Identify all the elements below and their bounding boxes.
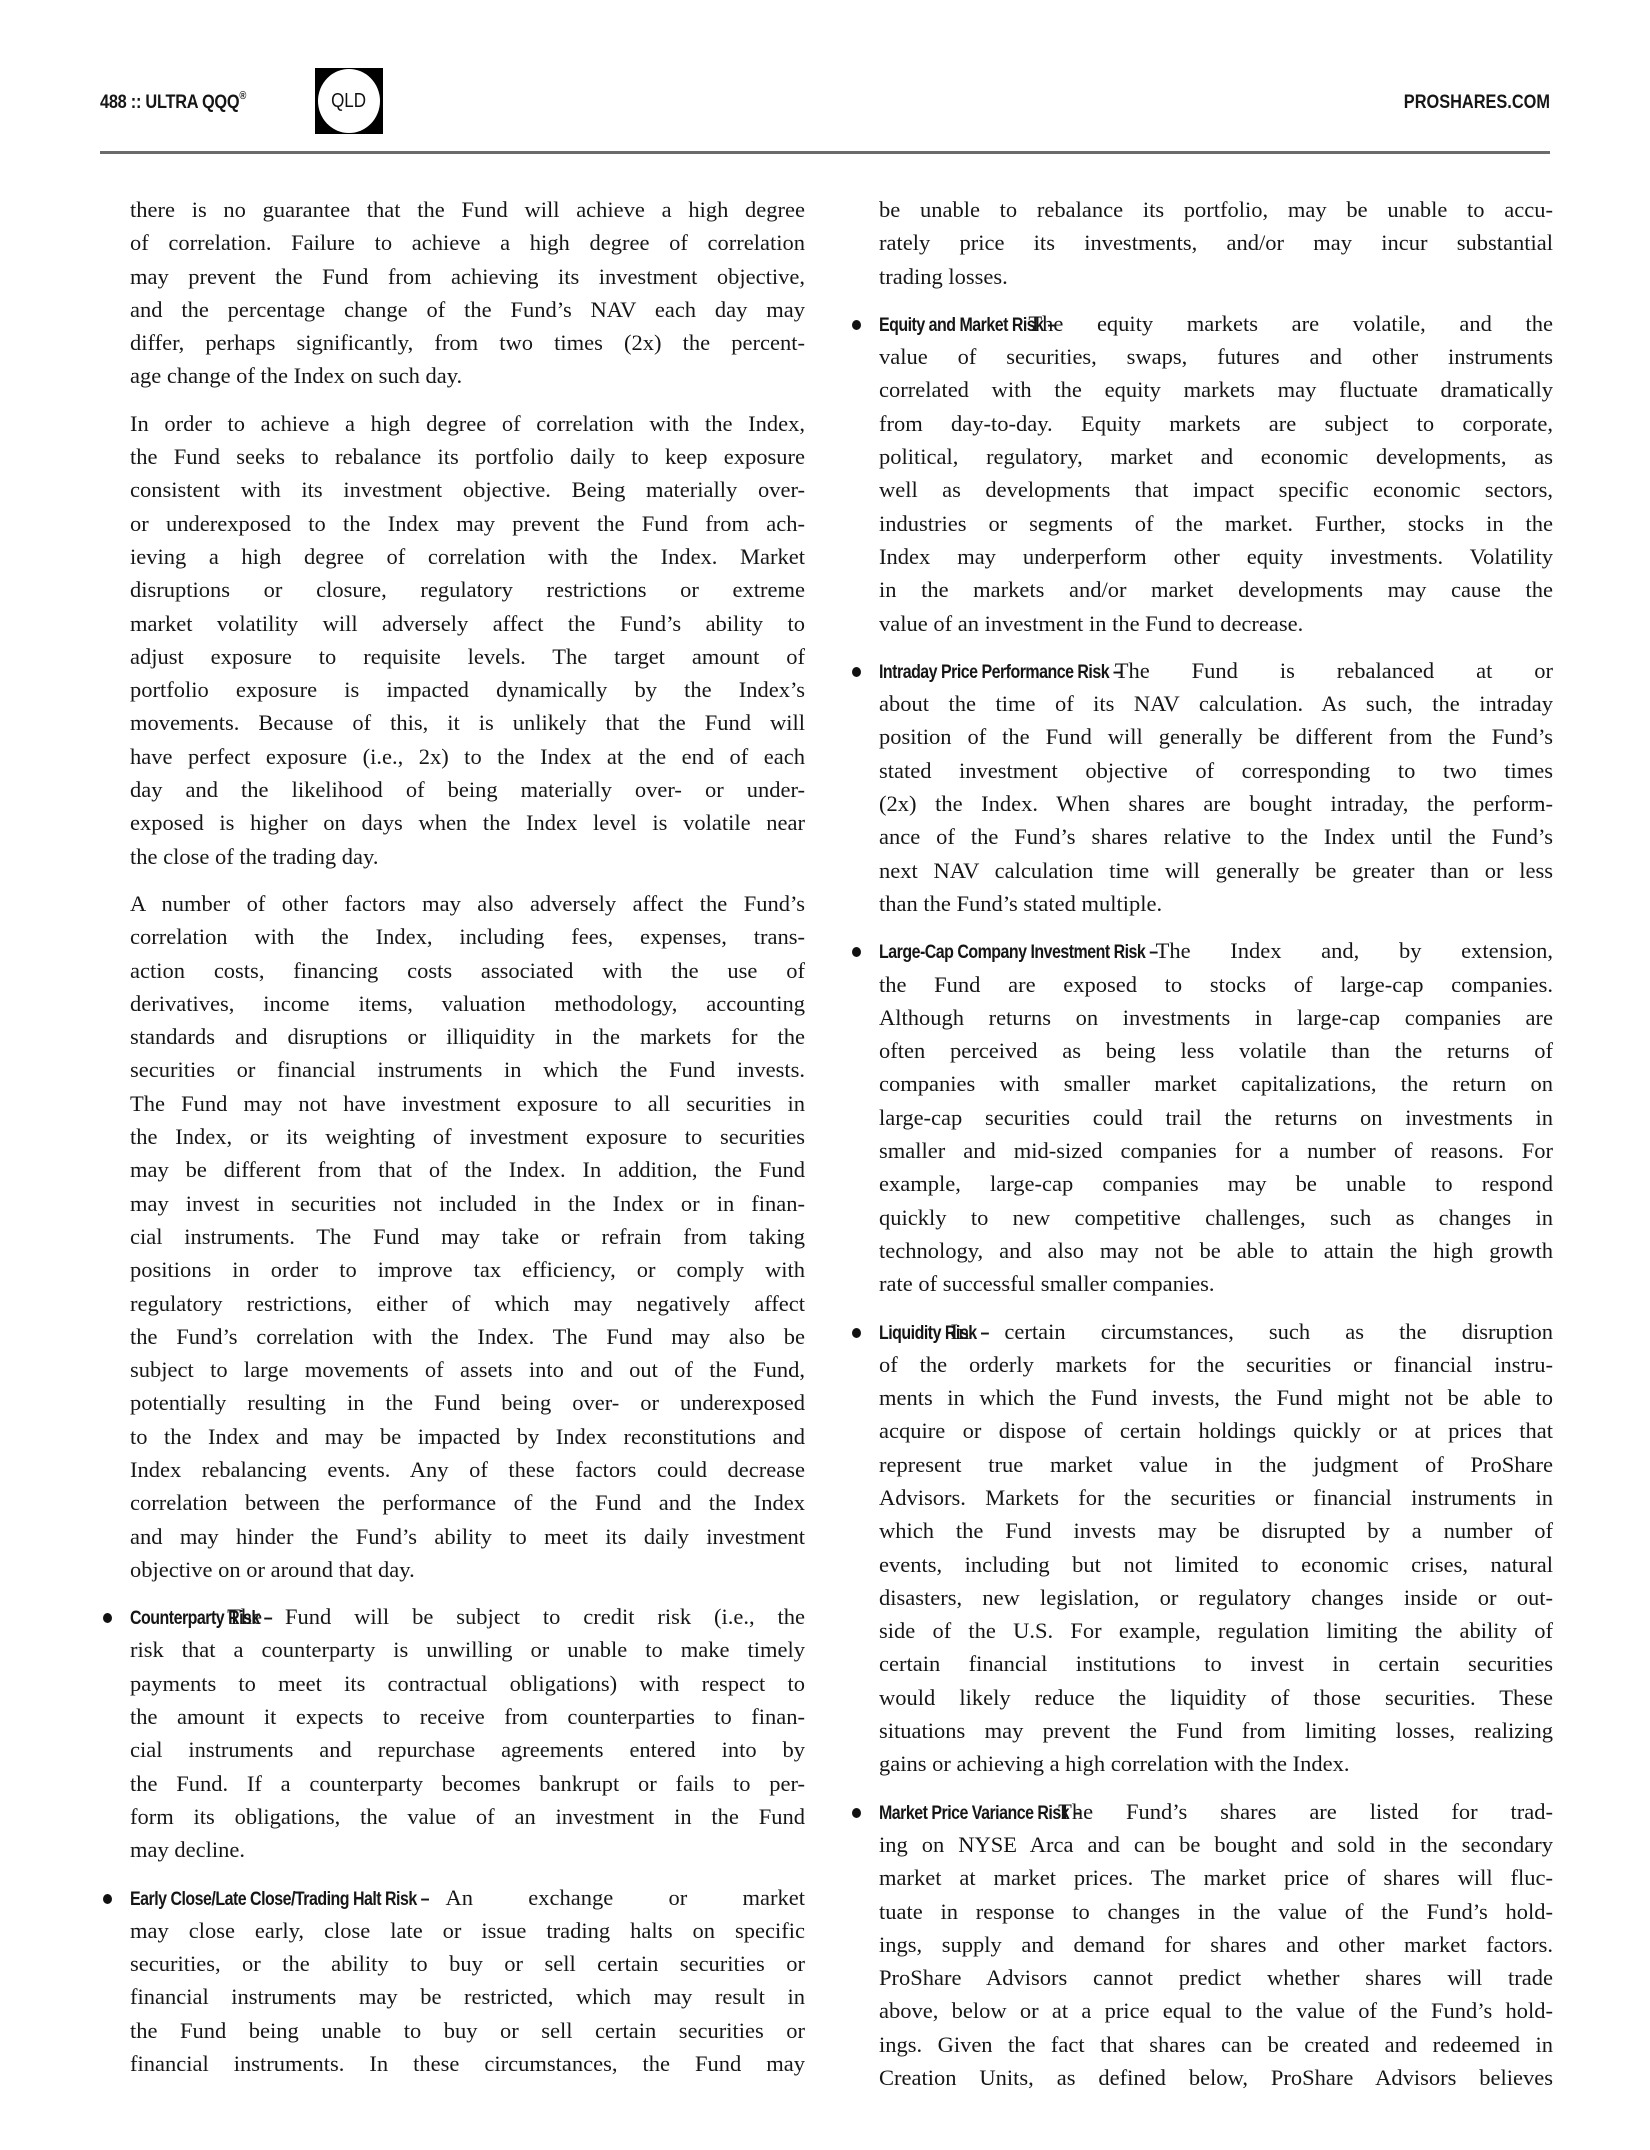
line-text: may invest in securities not included in…: [130, 1191, 805, 1216]
line-text: which the Fund invests may be disrupted …: [879, 1518, 1553, 1543]
text-line: cial instruments and repurchase agreemen…: [130, 1733, 805, 1766]
line-text: rate of successful smaller companies.: [879, 1271, 1215, 1296]
line-text: The Index and, by extension,: [1116, 938, 1553, 963]
line-text: (2x) the Index. When shares are bought i…: [879, 791, 1553, 816]
text-line: derivatives, income items, valuation met…: [130, 987, 805, 1020]
text-line: Market Price Variance Risk – The Fund’s …: [879, 1795, 1553, 1828]
risk-title: Counterparty Risk –: [130, 1602, 272, 1635]
line-text: the Index, or its weighting of investmen…: [130, 1124, 805, 1149]
text-line: differ, perhaps significantly, from two …: [130, 326, 805, 359]
text-line: Intraday Price Performance Risk – The Fu…: [879, 654, 1553, 687]
text-line: positions in order to improve tax effici…: [130, 1253, 805, 1286]
line-text: disasters, new legislation, or regulator…: [879, 1585, 1553, 1610]
line-text: In certain circumstances, such as the di…: [915, 1319, 1553, 1344]
text-line: market at market prices. The market pric…: [879, 1861, 1553, 1894]
left-column: there is no guarantee that the Fund will…: [130, 193, 805, 2094]
text-line: Equity and Market Risk – The equity mark…: [879, 307, 1553, 340]
line-text: industries or segments of the market. Fu…: [879, 511, 1553, 536]
text-line: potentially resulting in the Fund being …: [130, 1386, 805, 1419]
line-text: standards and disruptions or illiquidity…: [130, 1024, 805, 1049]
body-paragraph: A number of other factors may also adver…: [130, 887, 805, 1586]
page-header: 488 :: ULTRA QQQ® QLD PROSHARES.COM: [100, 66, 1550, 138]
text-line: the amount it expects to receive from co…: [130, 1700, 805, 1733]
text-line: tuate in response to changes in the valu…: [879, 1895, 1553, 1928]
line-text: rately price its investments, and/or may…: [879, 230, 1553, 255]
text-line: from day-to-day. Equity markets are subj…: [879, 407, 1553, 440]
text-line: smaller and mid-sized companies for a nu…: [879, 1134, 1553, 1167]
text-line: action costs, financing costs associated…: [130, 954, 805, 987]
text-line: exposed is higher on days when the Index…: [130, 806, 805, 839]
text-line: acquire or dispose of certain holdings q…: [879, 1414, 1553, 1447]
text-line: well as developments that impact specifi…: [879, 473, 1553, 506]
text-line: portfolio exposure is impacted dynamical…: [130, 673, 805, 706]
text-line: payments to meet its contractual obligat…: [130, 1667, 805, 1700]
text-line: example, large-cap companies may be unab…: [879, 1167, 1553, 1200]
line-text: the Fund seeks to rebalance its portfoli…: [130, 444, 805, 469]
line-text: exposed is higher on days when the Index…: [130, 810, 805, 835]
bullet-icon: [103, 1613, 112, 1623]
text-line: subject to large movements of assets int…: [130, 1353, 805, 1386]
line-text: the Fund. If a counterparty becomes bank…: [130, 1771, 805, 1796]
line-text: or underexposed to the Index may prevent…: [130, 511, 805, 536]
text-line: represent true market value in the judgm…: [879, 1448, 1553, 1481]
page-number-and-fund-title: 488 :: ULTRA QQQ®: [100, 92, 246, 114]
line-text: stated investment objective of correspon…: [879, 758, 1553, 783]
text-line: situations may prevent the Fund from lim…: [879, 1714, 1553, 1747]
line-text: The Fund is rebalanced at or: [1073, 658, 1553, 683]
ticker-badge: QLD: [315, 68, 383, 134]
text-line: next NAV calculation time will generally…: [879, 854, 1553, 887]
text-line: Index rebalancing events. Any of these f…: [130, 1453, 805, 1486]
line-text: the Fund being unable to buy or sell cer…: [130, 2018, 805, 2043]
bullet-icon: [103, 1894, 112, 1904]
line-text: Creation Units, as defined below, ProSha…: [879, 2065, 1553, 2090]
line-text: Although returns on investments in large…: [879, 1005, 1553, 1030]
text-line: events, including but not limited to eco…: [879, 1548, 1553, 1581]
registered-mark: ®: [239, 90, 246, 102]
text-line: securities, or the ability to buy or sel…: [130, 1947, 805, 1980]
text-line: ProShare Advisors cannot predict whether…: [879, 1961, 1553, 1994]
text-line: there is no guarantee that the Fund will…: [130, 193, 805, 226]
line-text: above, below or at a price equal to the …: [879, 1998, 1553, 2023]
risk-title: Large-Cap Company Investment Risk –: [879, 936, 1158, 969]
line-text: Advisors. Markets for the securities or …: [879, 1485, 1553, 1510]
text-line: securities or financial instruments in w…: [130, 1053, 805, 1086]
line-text: subject to large movements of assets int…: [130, 1357, 805, 1382]
line-text: side of the U.S. For example, regulation…: [879, 1618, 1553, 1643]
line-text: market volatility will adversely affect …: [130, 611, 805, 636]
bullet-item: Counterparty Risk – The Fund will be sub…: [130, 1600, 805, 1866]
text-line: value of an investment in the Fund to de…: [879, 607, 1553, 640]
text-line: political, regulatory, market and econom…: [879, 440, 1553, 473]
text-line: large-cap securities could trail the ret…: [879, 1101, 1553, 1134]
text-line: industries or segments of the market. Fu…: [879, 507, 1553, 540]
text-line: would likely reduce the liquidity of tho…: [879, 1681, 1553, 1714]
text-line: Creation Units, as defined below, ProSha…: [879, 2061, 1553, 2094]
bullet-item: Large-Cap Company Investment Risk – The …: [879, 934, 1553, 1300]
text-line: risk that a counterparty is unwilling or…: [130, 1633, 805, 1666]
line-text: the Fund are exposed to stocks of large-…: [879, 972, 1553, 997]
text-line: trading losses.: [879, 260, 1553, 293]
line-text: The Fund will be subject to credit risk …: [205, 1604, 805, 1629]
risk-title: Equity and Market Risk –: [879, 309, 1056, 342]
line-text: certain financial institutions to invest…: [879, 1651, 1553, 1676]
line-text: financial instruments may be restricted,…: [130, 1984, 805, 2009]
line-text: of correlation. Failure to achieve a hig…: [130, 230, 805, 255]
text-line: and may hinder the Fund’s ability to mee…: [130, 1520, 805, 1553]
text-line: to the Index and may be impacted by Inde…: [130, 1420, 805, 1453]
text-line: ing on NYSE Arca and can be bought and s…: [879, 1828, 1553, 1861]
line-text: securities or financial instruments in w…: [130, 1057, 805, 1082]
line-text: have perfect exposure (i.e., 2x) to the …: [130, 744, 805, 769]
text-line: above, below or at a price equal to the …: [879, 1994, 1553, 2027]
text-line: Although returns on investments in large…: [879, 1001, 1553, 1034]
line-text: tuate in response to changes in the valu…: [879, 1899, 1553, 1924]
line-text: The Fund may not have investment exposur…: [130, 1091, 805, 1116]
text-line: the Fund’s correlation with the Index. T…: [130, 1320, 805, 1353]
line-text: potentially resulting in the Fund being …: [130, 1390, 805, 1415]
line-text: example, large-cap companies may be unab…: [879, 1171, 1553, 1196]
line-text: cial instruments and repurchase agreemen…: [130, 1737, 805, 1762]
text-line: correlated with the equity markets may f…: [879, 373, 1553, 406]
line-text: and may hinder the Fund’s ability to mee…: [130, 1524, 805, 1549]
line-text: be unable to rebalance its portfolio, ma…: [879, 197, 1553, 222]
line-text: ments in which the Fund invests, the Fun…: [879, 1385, 1553, 1410]
line-text: represent true market value in the judgm…: [879, 1452, 1553, 1477]
body-paragraph: be unable to rebalance its portfolio, ma…: [879, 193, 1553, 293]
line-text: trading losses.: [879, 264, 1008, 289]
text-line: financial instruments may be restricted,…: [130, 1980, 805, 2013]
text-line: side of the U.S. For example, regulation…: [879, 1614, 1553, 1647]
text-line: which the Fund invests may be disrupted …: [879, 1514, 1553, 1547]
text-line: regulatory restrictions, either of which…: [130, 1287, 805, 1320]
line-text: day and the likelihood of being material…: [130, 777, 805, 802]
line-text: In order to achieve a high degree of cor…: [130, 411, 805, 436]
text-line: financial instruments. In these circumst…: [130, 2047, 805, 2080]
text-line: the Fund seeks to rebalance its portfoli…: [130, 440, 805, 473]
line-text: position of the Fund will generally be d…: [879, 724, 1553, 749]
bullet-icon: [852, 1808, 861, 1818]
line-text: Index may underperform other equity inve…: [879, 544, 1553, 569]
line-text: A number of other factors may also adver…: [130, 891, 805, 916]
text-line: may be different from that of the Index.…: [130, 1153, 805, 1186]
bullet-item: Early Close/Late Close/Trading Halt Risk…: [130, 1881, 805, 2081]
line-text: technology, and also may not be able to …: [879, 1238, 1553, 1263]
line-text: correlated with the equity markets may f…: [879, 377, 1553, 402]
text-line: may decline.: [130, 1833, 805, 1866]
line-text: form its obligations, the value of an in…: [130, 1804, 805, 1829]
line-text: than the Fund’s stated multiple.: [879, 891, 1162, 916]
line-text: would likely reduce the liquidity of tho…: [879, 1685, 1553, 1710]
text-line: Early Close/Late Close/Trading Halt Risk…: [130, 1881, 805, 1914]
line-text: correlation between the performance of t…: [130, 1490, 805, 1515]
text-line: In order to achieve a high degree of cor…: [130, 407, 805, 440]
line-text: The equity markets are volatile, and the: [995, 311, 1553, 336]
line-text: smaller and mid-sized companies for a nu…: [879, 1138, 1553, 1163]
line-text: cial instruments. The Fund may take or r…: [130, 1224, 805, 1249]
text-line: gains or achieving a high correlation wi…: [879, 1747, 1553, 1780]
text-line: technology, and also may not be able to …: [879, 1234, 1553, 1267]
text-line: and the percentage change of the Fund’s …: [130, 293, 805, 326]
text-line: rate of successful smaller companies.: [879, 1267, 1553, 1300]
text-line: Large-Cap Company Investment Risk – The …: [879, 934, 1553, 967]
body-paragraph: In order to achieve a high degree of cor…: [130, 407, 805, 873]
text-line: disruptions or closure, regulatory restr…: [130, 573, 805, 606]
line-text: value of securities, swaps, futures and …: [879, 344, 1553, 369]
line-text: An exchange or market: [392, 1885, 806, 1910]
text-line: standards and disruptions or illiquidity…: [130, 1020, 805, 1053]
text-line: may close early, close late or issue tra…: [130, 1914, 805, 1947]
text-line: of correlation. Failure to achieve a hig…: [130, 226, 805, 259]
bullet-item: Equity and Market Risk – The equity mark…: [879, 307, 1553, 640]
line-text: derivatives, income items, valuation met…: [130, 991, 805, 1016]
line-text: well as developments that impact specifi…: [879, 477, 1553, 502]
text-line: be unable to rebalance its portfolio, ma…: [879, 193, 1553, 226]
line-text: and the percentage change of the Fund’s …: [130, 297, 805, 322]
line-text: acquire or dispose of certain holdings q…: [879, 1418, 1553, 1443]
text-line: form its obligations, the value of an in…: [130, 1800, 805, 1833]
text-line: the Fund. If a counterparty becomes bank…: [130, 1767, 805, 1800]
text-line: objective on or around that day.: [130, 1553, 805, 1586]
line-text: gains or achieving a high correlation wi…: [879, 1751, 1349, 1776]
right-column: be unable to rebalance its portfolio, ma…: [879, 193, 1553, 2108]
text-line: adjust exposure to requisite levels. The…: [130, 640, 805, 673]
text-line: have perfect exposure (i.e., 2x) to the …: [130, 740, 805, 773]
line-text: there is no guarantee that the Fund will…: [130, 197, 805, 222]
bullet-icon: [852, 947, 861, 957]
bullet-icon: [852, 1328, 861, 1338]
text-line: or underexposed to the Index may prevent…: [130, 507, 805, 540]
text-line: rately price its investments, and/or may…: [879, 226, 1553, 259]
text-line: ments in which the Fund invests, the Fun…: [879, 1381, 1553, 1414]
line-text: portfolio exposure is impacted dynamical…: [130, 677, 805, 702]
text-line: Advisors. Markets for the securities or …: [879, 1481, 1553, 1514]
line-text: ieving a high degree of correlation with…: [130, 544, 805, 569]
text-line: the Fund being unable to buy or sell cer…: [130, 2014, 805, 2047]
line-text: next NAV calculation time will generally…: [879, 858, 1553, 883]
line-text: ance of the Fund’s shares relative to th…: [879, 824, 1553, 849]
bullet-item: Market Price Variance Risk – The Fund’s …: [879, 1795, 1553, 2095]
ticker-label: QLD: [332, 90, 367, 113]
text-line: about the time of its NAV calculation. A…: [879, 687, 1553, 720]
line-text: situations may prevent the Fund from lim…: [879, 1718, 1553, 1743]
line-text: from day-to-day. Equity markets are subj…: [879, 411, 1553, 436]
risk-title: Early Close/Late Close/Trading Halt Risk…: [130, 1883, 429, 1916]
line-text: The Fund’s shares are listed for trad-: [1026, 1799, 1553, 1824]
line-text: of the orderly markets for the securitie…: [879, 1352, 1553, 1377]
line-text: in the markets and/or market development…: [879, 577, 1553, 602]
ticker-badge-circle: QLD: [318, 69, 380, 133]
text-line: Liquidity Risk – In certain circumstance…: [879, 1315, 1553, 1348]
text-line: of the orderly markets for the securitie…: [879, 1348, 1553, 1381]
text-line: quickly to new competitive challenges, s…: [879, 1201, 1553, 1234]
line-text: market at market prices. The market pric…: [879, 1865, 1553, 1890]
line-text: movements. Because of this, it is unlike…: [130, 710, 805, 735]
line-text: adjust exposure to requisite levels. The…: [130, 644, 805, 669]
text-line: Index may underperform other equity inve…: [879, 540, 1553, 573]
text-line: correlation with the Index, including fe…: [130, 920, 805, 953]
text-line: often perceived as being less volatile t…: [879, 1034, 1553, 1067]
text-line: than the Fund’s stated multiple.: [879, 887, 1553, 920]
text-line: Counterparty Risk – The Fund will be sub…: [130, 1600, 805, 1633]
text-line: ance of the Fund’s shares relative to th…: [879, 820, 1553, 853]
line-text: may be different from that of the Index.…: [130, 1157, 805, 1182]
line-text: risk that a counterparty is unwilling or…: [130, 1637, 805, 1662]
line-text: Index rebalancing events. Any of these f…: [130, 1457, 805, 1482]
line-text: about the time of its NAV calculation. A…: [879, 691, 1553, 716]
text-line: (2x) the Index. When shares are bought i…: [879, 787, 1553, 820]
text-line: may invest in securities not included in…: [130, 1187, 805, 1220]
text-line: the Fund are exposed to stocks of large-…: [879, 968, 1553, 1001]
text-line: stated investment objective of correspon…: [879, 754, 1553, 787]
bullet-icon: [852, 667, 861, 677]
line-text: consistent with its investment objective…: [130, 477, 805, 502]
line-text: the Fund’s correlation with the Index. T…: [130, 1324, 805, 1349]
line-text: action costs, financing costs associated…: [130, 958, 805, 983]
line-text: may prevent the Fund from achieving its …: [130, 264, 805, 289]
line-text: correlation with the Index, including fe…: [130, 924, 805, 949]
text-line: ings, supply and demand for shares and o…: [879, 1928, 1553, 1961]
bullet-item: Liquidity Risk – In certain circumstance…: [879, 1315, 1553, 1781]
text-line: cial instruments. The Fund may take or r…: [130, 1220, 805, 1253]
text-line: The Fund may not have investment exposur…: [130, 1087, 805, 1120]
line-text: differ, perhaps significantly, from two …: [130, 330, 805, 355]
line-text: securities, or the ability to buy or sel…: [130, 1951, 805, 1976]
text-line: may prevent the Fund from achieving its …: [130, 260, 805, 293]
line-text: regulatory restrictions, either of which…: [130, 1291, 805, 1316]
line-text: companies with smaller market capitaliza…: [879, 1071, 1553, 1096]
text-line: companies with smaller market capitaliza…: [879, 1067, 1553, 1100]
line-text: events, including but not limited to eco…: [879, 1552, 1553, 1577]
text-line: the Index, or its weighting of investmen…: [130, 1120, 805, 1153]
text-line: movements. Because of this, it is unlike…: [130, 706, 805, 739]
line-text: to the Index and may be impacted by Inde…: [130, 1424, 805, 1449]
line-text: disruptions or closure, regulatory restr…: [130, 577, 805, 602]
line-text: ings. Given the fact that shares can be …: [879, 2032, 1553, 2057]
text-line: value of securities, swaps, futures and …: [879, 340, 1553, 373]
line-text: positions in order to improve tax effici…: [130, 1257, 805, 1282]
text-line: in the markets and/or market development…: [879, 573, 1553, 606]
line-text: large-cap securities could trail the ret…: [879, 1105, 1553, 1130]
text-line: position of the Fund will generally be d…: [879, 720, 1553, 753]
text-line: correlation between the performance of t…: [130, 1486, 805, 1519]
risk-title: Intraday Price Performance Risk –: [879, 656, 1121, 689]
line-text: ings, supply and demand for shares and o…: [879, 1932, 1553, 1957]
text-line: certain financial institutions to invest…: [879, 1647, 1553, 1680]
text-line: A number of other factors may also adver…: [130, 887, 805, 920]
text-line: consistent with its investment objective…: [130, 473, 805, 506]
line-text: may decline.: [130, 1837, 245, 1862]
risk-title: Liquidity Risk –: [879, 1317, 989, 1350]
text-line: disasters, new legislation, or regulator…: [879, 1581, 1553, 1614]
line-text: often perceived as being less volatile t…: [879, 1038, 1553, 1063]
body-paragraph: there is no guarantee that the Fund will…: [130, 193, 805, 393]
line-text: value of an investment in the Fund to de…: [879, 611, 1303, 636]
line-text: ProShare Advisors cannot predict whether…: [879, 1965, 1553, 1990]
text-line: ings. Given the fact that shares can be …: [879, 2028, 1553, 2061]
bullet-item: Intraday Price Performance Risk – The Fu…: [879, 654, 1553, 920]
line-text: financial instruments. In these circumst…: [130, 2051, 805, 2076]
line-text: ing on NYSE Arca and can be bought and s…: [879, 1832, 1553, 1857]
risk-title: Market Price Variance Risk –: [879, 1797, 1081, 1830]
line-text: payments to meet its contractual obligat…: [130, 1671, 805, 1696]
text-line: ieving a high degree of correlation with…: [130, 540, 805, 573]
line-text: age change of the Index on such day.: [130, 363, 462, 388]
bullet-icon: [852, 320, 861, 330]
text-line: the close of the trading day.: [130, 840, 805, 873]
header-divider: [100, 151, 1550, 154]
text-line: market volatility will adversely affect …: [130, 607, 805, 640]
line-text: quickly to new competitive challenges, s…: [879, 1205, 1553, 1230]
site-url: PROSHARES.COM: [1404, 92, 1550, 114]
line-text: may close early, close late or issue tra…: [130, 1918, 805, 1943]
line-text: the amount it expects to receive from co…: [130, 1704, 805, 1729]
text-line: day and the likelihood of being material…: [130, 773, 805, 806]
fund-title: 488 :: ULTRA QQQ: [100, 92, 239, 113]
text-line: age change of the Index on such day.: [130, 359, 805, 392]
line-text: objective on or around that day.: [130, 1557, 415, 1582]
line-text: political, regulatory, market and econom…: [879, 444, 1553, 469]
line-text: the close of the trading day.: [130, 844, 378, 869]
